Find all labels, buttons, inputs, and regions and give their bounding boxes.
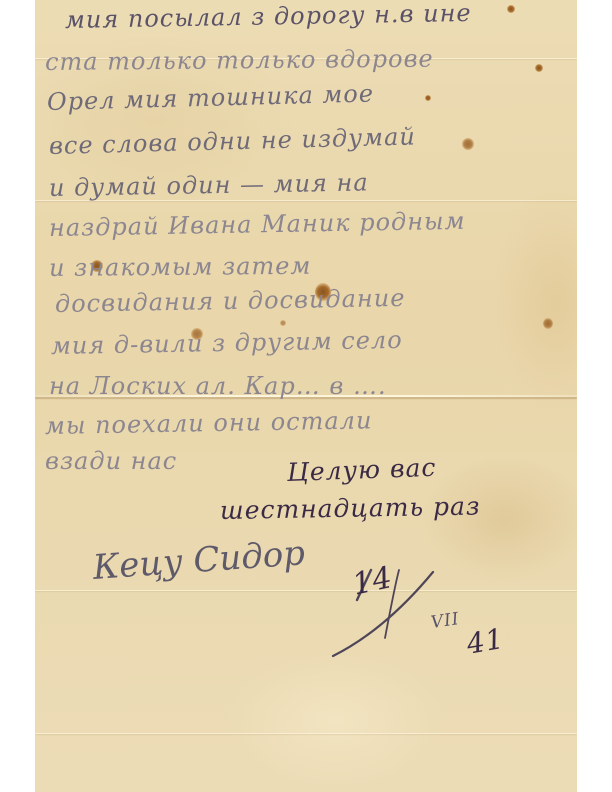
letter-line: и знакомым затем — [49, 252, 312, 282]
letter-line: все слова одни не издумай — [49, 122, 416, 160]
letter-line: на Лоских ал. Кар… в …. — [49, 372, 387, 400]
ink-stain — [543, 318, 553, 329]
letter-line: и думай один — мия на — [49, 168, 369, 202]
closing-line: Целую вас — [286, 453, 436, 487]
letter-line: мы поехали они остали — [45, 406, 373, 440]
ink-stain — [535, 64, 543, 72]
ink-stain — [425, 95, 431, 101]
paper-crease — [35, 590, 577, 591]
letter-line: наздрай Ивана Маник родным — [49, 207, 466, 242]
scan-canvas: мия посылал з дорогу н.в ине ста только … — [0, 0, 612, 792]
letter-line: досвидания и досвидание — [55, 284, 406, 318]
letter-line: ста только только вдорове — [45, 45, 434, 76]
signature: Кецу Сидор — [92, 533, 307, 588]
paper-crease — [35, 733, 577, 734]
ink-stain — [507, 5, 515, 13]
letter-line: взади нас — [45, 447, 177, 475]
letter-line: мия посылал з дорогу н.в ине — [65, 0, 472, 34]
ink-stain — [280, 320, 286, 326]
letter-line: мия д-вили з другим село — [51, 326, 403, 360]
date-month: VII — [430, 609, 461, 633]
letter-line: Орел мия тошника мое — [47, 79, 375, 116]
ink-stain — [462, 138, 474, 150]
closing-line: шестнадцать раз — [220, 491, 481, 525]
date-year: 41 — [464, 622, 507, 661]
letter-page: мия посылал з дорогу н.в ине ста только … — [35, 0, 577, 792]
